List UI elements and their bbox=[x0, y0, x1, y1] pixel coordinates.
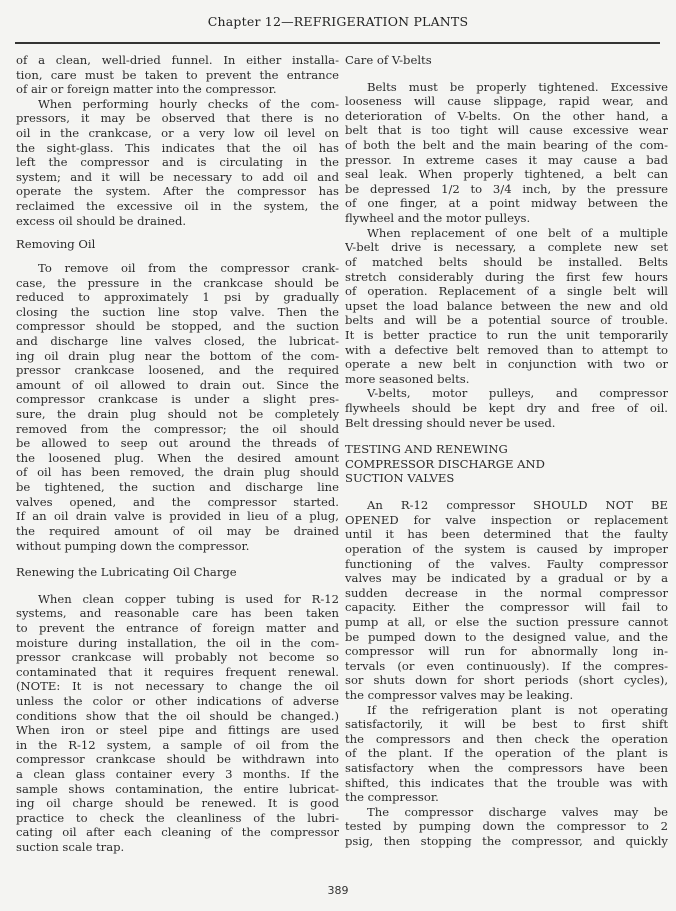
text-line: psig, then stopping the compressor, and … bbox=[345, 834, 668, 849]
text-line: stretch considerably during the first fe… bbox=[345, 270, 668, 285]
text-line: unless the color or other indications of… bbox=[16, 694, 339, 709]
text-line: sure, the drain plug should not be compl… bbox=[16, 407, 339, 422]
text-line: OPENED for valve inspection or replaceme… bbox=[345, 513, 668, 528]
heading-removing-oil: Removing Oil bbox=[16, 237, 339, 252]
text-line: compressor crankcase is under a slight p… bbox=[16, 392, 339, 407]
text-line: closing the suction line stop valve. The… bbox=[16, 305, 339, 320]
text-line: sudden decrease in the normal compressor bbox=[345, 586, 668, 601]
text-line: compressor should be stopped, and the su… bbox=[16, 319, 339, 334]
chapter-header: Chapter 12—REFRIGERATION PLANTS bbox=[0, 14, 676, 29]
text-line: To remove oil from the compressor crank- bbox=[16, 261, 339, 276]
text-line: ing oil drain plug near the bottom of th… bbox=[16, 349, 339, 364]
text-line: belt that is too tight will cause excess… bbox=[345, 123, 668, 138]
text-line: of oil has been removed, the drain plug … bbox=[16, 465, 339, 480]
text-line: the required amount of oil may be draine… bbox=[16, 524, 339, 539]
text-line: be depressed 1/2 to 3/4 inch, by the pre… bbox=[345, 182, 668, 197]
text-line: sor shuts down for short periods (short … bbox=[345, 673, 668, 688]
vbelts-paragraph-2: When replacement of one belt of a multip… bbox=[345, 226, 668, 387]
text-line: V-belt drive is necessary, a complete ne… bbox=[345, 240, 668, 255]
text-line: (NOTE: It is not necessary to change the… bbox=[16, 679, 339, 694]
text-line: tervals (or even continuously). If the c… bbox=[345, 659, 668, 674]
text-line: left the compressor and is circulating i… bbox=[16, 155, 339, 170]
text-line: When iron or steel pipe and fittings are… bbox=[16, 723, 339, 738]
text-line: and discharge line valves closed, the lu… bbox=[16, 334, 339, 349]
renewing-paragraph: When clean copper tubing is used for R-1… bbox=[16, 592, 339, 855]
header-rule bbox=[15, 42, 660, 44]
heading-line: SUCTION VALVES bbox=[345, 471, 668, 486]
text-line: the sight-glass. This indicates that the… bbox=[16, 141, 339, 156]
text-line: flywheels should be kept dry and free of… bbox=[345, 401, 668, 416]
text-line: satisfactorily, it will be best to first… bbox=[345, 717, 668, 732]
text-line: looseness will cause slippage, rapid wea… bbox=[345, 94, 668, 109]
text-line: deterioration of V-belts. On the other h… bbox=[345, 109, 668, 124]
testing-paragraph-3: The compressor discharge valves may bete… bbox=[345, 805, 668, 849]
text-line: The compressor discharge valves may be bbox=[345, 805, 668, 820]
text-line: reduced to approximately 1 psi by gradua… bbox=[16, 290, 339, 305]
text-line: suction scale trap. bbox=[16, 840, 339, 855]
testing-paragraph-1: An R-12 compressor SHOULD NOT BEOPENED f… bbox=[345, 498, 668, 703]
text-line: of air or foreign matter into the compre… bbox=[16, 82, 339, 97]
text-line: in the R-12 system, a sample of oil from… bbox=[16, 738, 339, 753]
left-column: of a clean, well-dried funnel. In either… bbox=[16, 53, 339, 855]
text-line: flywheel and the motor pulleys. bbox=[345, 211, 668, 226]
text-line: be pumped down to the designed value, an… bbox=[345, 630, 668, 645]
text-line: be allowed to seep out around the thread… bbox=[16, 436, 339, 451]
text-line: compressor will run for abnormally long … bbox=[345, 644, 668, 659]
text-line: sample shows contamination, the entire l… bbox=[16, 782, 339, 797]
text-line: When clean copper tubing is used for R-1… bbox=[16, 592, 339, 607]
text-line: pressor crankcase loosened, and the requ… bbox=[16, 363, 339, 378]
text-line: tested by pumping down the compressor to… bbox=[345, 819, 668, 834]
text-line: operation of the system is caused by imp… bbox=[345, 542, 668, 557]
text-line: upset the load balance between the new a… bbox=[345, 299, 668, 314]
text-line: belts and will be a potential source of … bbox=[345, 313, 668, 328]
text-line: pressors, it may be observed that there … bbox=[16, 111, 339, 126]
text-line: conditions show that the oil should be c… bbox=[16, 709, 339, 724]
vbelts-paragraph-3: V-belts, motor pulleys, and compressorfl… bbox=[345, 386, 668, 430]
text-line: Belts must be properly tightened. Excess… bbox=[345, 80, 668, 95]
text-line: operate a new belt in conjunction with t… bbox=[345, 357, 668, 372]
text-line: more seasoned belts. bbox=[345, 372, 668, 387]
text-line: moisture during installation, the oil in… bbox=[16, 636, 339, 651]
text-line: until it has been determined that the fa… bbox=[345, 527, 668, 542]
vbelts-paragraph-1: Belts must be properly tightened. Excess… bbox=[345, 80, 668, 226]
text-line: the loosened plug. When the desired amou… bbox=[16, 451, 339, 466]
text-line: satisfactory when the compressors have b… bbox=[345, 761, 668, 776]
text-line: V-belts, motor pulleys, and compressor bbox=[345, 386, 668, 401]
text-line: removed from the compressor; the oil sho… bbox=[16, 422, 339, 437]
text-line: It is better practice to run the unit te… bbox=[345, 328, 668, 343]
text-line: of both the belt and the main bearing of… bbox=[345, 138, 668, 153]
text-line: An R-12 compressor SHOULD NOT BE bbox=[345, 498, 668, 513]
text-line: of a clean, well-dried funnel. In either… bbox=[16, 53, 339, 68]
text-line: of the plant. If the operation of the pl… bbox=[345, 746, 668, 761]
text-line: pressor. In extreme cases it may cause a… bbox=[345, 153, 668, 168]
text-line: amount of oil allowed to drain out. Sinc… bbox=[16, 378, 339, 393]
heading-testing-valves: TESTING AND RENEWINGCOMPRESSOR DISCHARGE… bbox=[345, 442, 668, 486]
text-line: valves opened, and the compressor starte… bbox=[16, 495, 339, 510]
text-line: shifted, this indicates that the trouble… bbox=[345, 776, 668, 791]
text-line: If an oil drain valve is provided in lie… bbox=[16, 509, 339, 524]
text-line: practice to check the cleanliness of the… bbox=[16, 811, 339, 826]
hourly-checks-paragraph: When performing hourly checks of the com… bbox=[16, 97, 339, 228]
text-line: ing oil charge should be renewed. It is … bbox=[16, 796, 339, 811]
text-line: seal leak. When properly tightened, a be… bbox=[345, 167, 668, 182]
text-line: pressor crankcase will probably not beco… bbox=[16, 650, 339, 665]
intro-paragraph: of a clean, well-dried funnel. In either… bbox=[16, 53, 339, 97]
heading-renewing-oil-charge: Renewing the Lubricating Oil Charge bbox=[16, 565, 339, 580]
text-line: functioning of the valves. Faulty compre… bbox=[345, 557, 668, 572]
text-line: of matched belts should be installed. Be… bbox=[345, 255, 668, 270]
text-line: Belt dressing should never be used. bbox=[345, 416, 668, 431]
text-line: If the refrigeration plant is not operat… bbox=[345, 703, 668, 718]
text-line: system; and it will be necessary to add … bbox=[16, 170, 339, 185]
text-line: the compressor valves may be leaking. bbox=[345, 688, 668, 703]
text-line: valves may be indicated by a gradual or … bbox=[345, 571, 668, 586]
text-line: operate the system. After the compressor… bbox=[16, 184, 339, 199]
right-column: Care of V-belts Belts must be properly t… bbox=[345, 53, 668, 849]
text-line: with a defective belt removed than to at… bbox=[345, 343, 668, 358]
text-line: contaminated that it requires frequent r… bbox=[16, 665, 339, 680]
removing-oil-paragraph: To remove oil from the compressor crank-… bbox=[16, 261, 339, 553]
heading-line: COMPRESSOR DISCHARGE AND bbox=[345, 457, 668, 472]
text-line: capacity. Either the compressor will fai… bbox=[345, 600, 668, 615]
text-line: When replacement of one belt of a multip… bbox=[345, 226, 668, 241]
text-line: tion, care must be taken to prevent the … bbox=[16, 68, 339, 83]
text-line: When performing hourly checks of the com… bbox=[16, 97, 339, 112]
text-line: pump at all, or else the suction pressur… bbox=[345, 615, 668, 630]
heading-care-of-vbelts: Care of V-belts bbox=[345, 53, 668, 68]
text-line: cating oil after each cleaning of the co… bbox=[16, 825, 339, 840]
page-number: 389 bbox=[0, 884, 676, 897]
text-line: a clean glass container every 3 months. … bbox=[16, 767, 339, 782]
testing-paragraph-2: If the refrigeration plant is not operat… bbox=[345, 703, 668, 805]
text-line: excess oil should be drained. bbox=[16, 214, 339, 229]
heading-line: TESTING AND RENEWING bbox=[345, 442, 668, 457]
text-line: be tightened, the suction and discharge … bbox=[16, 480, 339, 495]
text-line: without pumping down the compressor. bbox=[16, 539, 339, 554]
text-line: case, the pressure in the crankcase shou… bbox=[16, 276, 339, 291]
text-line: of one finger, at a point midway between… bbox=[345, 196, 668, 211]
text-line: reclaimed the excessive oil in the syste… bbox=[16, 199, 339, 214]
text-line: systems, and reasonable care has been ta… bbox=[16, 606, 339, 621]
text-line: to prevent the entrance of foreign matte… bbox=[16, 621, 339, 636]
text-line: of operation. Replacement of a single be… bbox=[345, 284, 668, 299]
text-line: oil in the crankcase, or a very low oil … bbox=[16, 126, 339, 141]
text-line: compressor crankcase should be withdrawn… bbox=[16, 752, 339, 767]
text-line: the compressor. bbox=[345, 790, 668, 805]
text-line: the compressors and then check the opera… bbox=[345, 732, 668, 747]
